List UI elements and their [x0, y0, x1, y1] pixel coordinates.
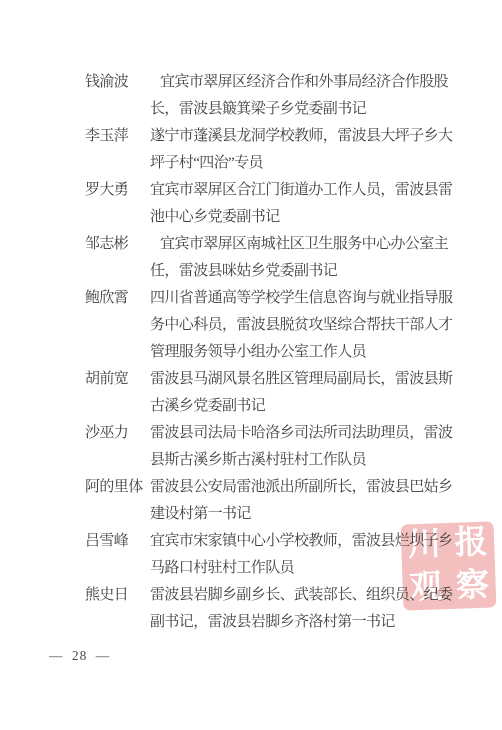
person-description: 遂宁市蓬溪县龙洞学校教师，雷波县大坪子乡大 坪子村“四治”专员: [150, 123, 457, 177]
description-line: 务中心科员，雷波县脱贫攻坚综合帮扶干部人才: [150, 312, 457, 339]
page-number: — 28 —: [49, 648, 110, 664]
person-name: 沙巫力: [85, 420, 150, 447]
person-name: 李玉萍: [85, 123, 150, 150]
person-name: 阿的里体: [85, 474, 150, 501]
person-name: 鲍欣霄: [85, 285, 150, 312]
list-entry: 邹志彬 宜宾市翠屏区南城社区卫生服务中心办公室主 任，雷波县咪姑乡党委副书记: [85, 231, 457, 285]
person-description: 宜宾市翠屏区经济合作和外事局经济合作股股 长，雷波县簸箕梁子乡党委副书记: [150, 69, 457, 123]
description-line: 管理服务领导小组办公室工作人员: [150, 339, 457, 366]
person-name: 吕雪峰: [85, 528, 150, 555]
description-line: 长，雷波县簸箕梁子乡党委副书记: [150, 96, 457, 123]
description-line: 古溪乡党委副书记: [150, 393, 457, 420]
person-description: 雷波县司法局卡哈洛乡司法所司法助理员，雷波 县斯古溪乡斯古溪村驻村工作队员: [150, 420, 457, 474]
description-line: 宜宾市宋家镇中心小学校教师，雷波县烂坝子乡: [150, 528, 457, 555]
list-entry: 吕雪峰 宜宾市宋家镇中心小学校教师，雷波县烂坝子乡 马路口村驻村工作队员: [85, 528, 457, 582]
description-line: 县斯古溪乡斯古溪村驻村工作队员: [150, 447, 457, 474]
description-line: 建设村第一书记: [150, 501, 457, 528]
list-entry: 钱渝波 宜宾市翠屏区经济合作和外事局经济合作股股 长，雷波县簸箕梁子乡党委副书记: [85, 69, 457, 123]
person-description: 雷波县岩脚乡副乡长、武装部长、组织员、纪委 副书记，雷波县岩脚乡齐洛村第一书记: [150, 582, 457, 636]
description-line: 宜宾市翠屏区南城社区卫生服务中心办公室主: [150, 231, 457, 258]
list-entry: 鲍欣霄 四川省普通高等学校学生信息咨询与就业指导服 务中心科员，雷波县脱贫攻坚综…: [85, 285, 457, 366]
description-line: 副书记，雷波县岩脚乡齐洛村第一书记: [150, 609, 457, 636]
list-entry: 沙巫力 雷波县司法局卡哈洛乡司法所司法助理员，雷波 县斯古溪乡斯古溪村驻村工作队…: [85, 420, 457, 474]
list-entry: 胡前宽 雷波县马湖风景名胜区管理局副局长，雷波县斯 古溪乡党委副书记: [85, 366, 457, 420]
list-entry: 阿的里体 雷波县公安局雷池派出所副所长，雷波县巴姑乡 建设村第一书记: [85, 474, 457, 528]
list-entry: 罗大勇 宜宾市翠屏区合江门街道办工作人员，雷波县雷 池中心乡党委副书记: [85, 177, 457, 231]
description-line: 遂宁市蓬溪县龙洞学校教师，雷波县大坪子乡大: [150, 123, 457, 150]
description-line: 任，雷波县咪姑乡党委副书记: [150, 258, 457, 285]
person-description: 宜宾市翠屏区南城社区卫生服务中心办公室主 任，雷波县咪姑乡党委副书记: [150, 231, 457, 285]
person-name: 罗大勇: [85, 177, 150, 204]
person-name: 邹志彬: [85, 231, 150, 258]
seal-character: 察: [455, 570, 489, 604]
person-description: 雷波县公安局雷池派出所副所长，雷波县巴姑乡 建设村第一书记: [150, 474, 457, 528]
name-list: 钱渝波 宜宾市翠屏区经济合作和外事局经济合作股股 长，雷波县簸箕梁子乡党委副书记…: [85, 69, 457, 636]
description-line: 马路口村驻村工作队员: [150, 555, 457, 582]
description-line: 四川省普通高等学校学生信息咨询与就业指导服: [150, 285, 457, 312]
person-description: 雷波县马湖风景名胜区管理局副局长，雷波县斯 古溪乡党委副书记: [150, 366, 457, 420]
description-line: 雷波县岩脚乡副乡长、武装部长、组织员、纪委: [150, 582, 457, 609]
description-line: 雷波县司法局卡哈洛乡司法所司法助理员，雷波: [150, 420, 457, 447]
seal-character: 报: [454, 527, 488, 561]
list-entry: 熊史日 雷波县岩脚乡副乡长、武装部长、组织员、纪委 副书记，雷波县岩脚乡齐洛村第…: [85, 582, 457, 636]
person-description: 宜宾市宋家镇中心小学校教师，雷波县烂坝子乡 马路口村驻村工作队员: [150, 528, 457, 582]
person-name: 熊史日: [85, 582, 150, 609]
person-description: 宜宾市翠屏区合江门街道办工作人员，雷波县雷 池中心乡党委副书记: [150, 177, 457, 231]
person-name: 钱渝波: [85, 69, 150, 96]
description-line: 雷波县公安局雷池派出所副所长，雷波县巴姑乡: [150, 474, 457, 501]
description-line: 宜宾市翠屏区合江门街道办工作人员，雷波县雷: [150, 177, 457, 204]
document-page: 川 报 观 察 钱渝波 宜宾市翠屏区经济合作和外事局经济合作股股 长，雷波县簸箕…: [0, 0, 502, 730]
description-line: 池中心乡党委副书记: [150, 204, 457, 231]
description-line: 雷波县马湖风景名胜区管理局副局长，雷波县斯: [150, 366, 457, 393]
person-name: 胡前宽: [85, 366, 150, 393]
description-line: 宜宾市翠屏区经济合作和外事局经济合作股股: [150, 69, 457, 96]
description-line: 坪子村“四治”专员: [150, 150, 457, 177]
list-entry: 李玉萍 遂宁市蓬溪县龙洞学校教师，雷波县大坪子乡大 坪子村“四治”专员: [85, 123, 457, 177]
person-description: 四川省普通高等学校学生信息咨询与就业指导服 务中心科员，雷波县脱贫攻坚综合帮扶干…: [150, 285, 457, 366]
